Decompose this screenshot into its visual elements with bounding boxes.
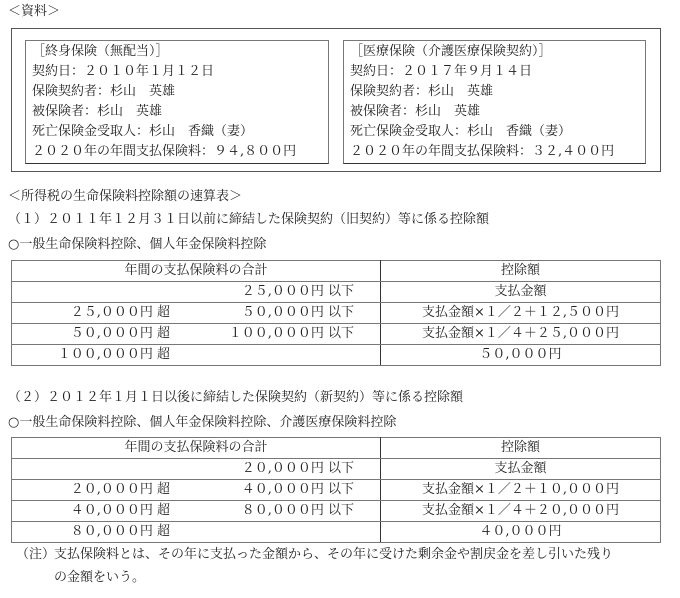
deduction-table-old-contracts: 年間の支払保険料の合計 控除額 ２５,０００円 以下 支払金額 ２５,０００円 … bbox=[11, 260, 661, 366]
table-row: ８０,０００円 超 ４０,０００円 bbox=[12, 522, 661, 543]
materials-heading: ＜資料＞ bbox=[8, 2, 60, 22]
range-lower: ２５,０００円 超 bbox=[71, 303, 170, 323]
deduction-value: ５０,０００円 bbox=[381, 345, 661, 366]
table-row: １００,０００円 超 ５０,０００円 bbox=[12, 345, 661, 366]
range-upper: ２５,０００円 以下 bbox=[242, 282, 354, 302]
policy-card-medical: ［医療保険（介護医療保険契約）］ 契約日：２０１７年９月１４日 保険契約者：杉山… bbox=[343, 40, 646, 164]
table-row: ４０,０００円 超 ８０,０００円 以下 支払金額×１／４＋２０,０００円 bbox=[12, 501, 661, 522]
range-lower: １００,０００円 超 bbox=[58, 345, 170, 365]
table-row: ２０,０００円 超 ４０,０００円 以下 支払金額×１／２＋１０,０００円 bbox=[12, 480, 661, 501]
deduction-value: 支払金額 bbox=[381, 459, 661, 480]
policy-beneficiary: 死亡保険金受取人：杉山 香織（妻） bbox=[350, 122, 571, 142]
policy-insured: 被保険者：杉山 英雄 bbox=[350, 102, 480, 122]
policy-annual-premium: ２０２０年の年間支払保険料：３２,４００円 bbox=[350, 142, 614, 162]
deduction-value: ４０,０００円 bbox=[381, 522, 661, 543]
range-upper: １００,０００円 以下 bbox=[229, 324, 354, 344]
section1-subtitle: ○一般生命保険料控除、個人年金保険料控除 bbox=[8, 235, 266, 255]
header-premium-total: 年間の支払保険料の合計 bbox=[12, 261, 381, 282]
range-upper: ５０,０００円 以下 bbox=[242, 303, 354, 323]
section2-subtitle: ○一般生命保険料控除、個人年金保険料控除、介護医療保険料控除 bbox=[8, 413, 396, 433]
policy-holder: 保険契約者：杉山 英雄 bbox=[350, 82, 493, 102]
table-header-row: 年間の支払保険料の合計 控除額 bbox=[12, 438, 661, 459]
policy-title: ［医療保険（介護医療保険契約）］ bbox=[350, 42, 552, 62]
table-row: ５０,０００円 超 １００,０００円 以下 支払金額×１／４＋２５,０００円 bbox=[12, 324, 661, 345]
note-text-line1: 支払保険料とは、その年に支払った金額から、その年に受けた剰余金や割戻金を差し引い… bbox=[54, 545, 613, 565]
section1-title: （１）２０１１年１２月３１日以前に締結した保険契約（旧契約）等に係る控除額 bbox=[8, 210, 489, 230]
deduction-value: 支払金額×１／４＋２０,０００円 bbox=[381, 501, 661, 522]
table-header-row: 年間の支払保険料の合計 控除額 bbox=[12, 261, 661, 282]
range-lower: ８０,０００円 超 bbox=[71, 522, 170, 542]
deduction-value: 支払金額 bbox=[381, 282, 661, 303]
policy-title: ［終身保険（無配当）］ bbox=[32, 42, 169, 62]
header-deduction: 控除額 bbox=[381, 261, 661, 282]
policy-holder: 保険契約者：杉山 英雄 bbox=[32, 82, 175, 102]
policy-insured: 被保険者：杉山 英雄 bbox=[32, 102, 162, 122]
policy-beneficiary: 死亡保険金受取人：杉山 香織（妻） bbox=[32, 122, 253, 142]
deduction-table-new-contracts: 年間の支払保険料の合計 控除額 ２０,０００円 以下 支払金額 ２０,０００円 … bbox=[11, 437, 661, 543]
range-upper: ２０,０００円 以下 bbox=[242, 459, 354, 479]
range-upper: ４０,０００円 以下 bbox=[242, 480, 354, 500]
header-premium-total: 年間の支払保険料の合計 bbox=[12, 438, 381, 459]
table-row: ２５,０００円 超 ５０,０００円 以下 支払金額×１／２＋１２,５００円 bbox=[12, 303, 661, 324]
section2-title: （２）２０１２年１月１日以後に締結した保険契約（新契約）等に係る控除額 bbox=[8, 388, 463, 408]
note-text-line2: の金額をいう。 bbox=[54, 568, 145, 588]
quick-table-heading: ＜所得税の生命保険料控除額の速算表＞ bbox=[8, 187, 242, 207]
policy-annual-premium: ２０２０年の年間支払保険料：９４,８００円 bbox=[32, 142, 296, 162]
table-row: ２０,０００円 以下 支払金額 bbox=[12, 459, 661, 480]
note-label: （注） bbox=[16, 545, 55, 565]
table-row: ２５,０００円 以下 支払金額 bbox=[12, 282, 661, 303]
range-lower: ２０,０００円 超 bbox=[71, 480, 170, 500]
range-upper: ８０,０００円 以下 bbox=[242, 501, 354, 521]
header-deduction: 控除額 bbox=[381, 438, 661, 459]
deduction-value: 支払金額×１／２＋１２,５００円 bbox=[381, 303, 661, 324]
policy-contract-date: 契約日：２０１０年１月１２日 bbox=[32, 62, 214, 82]
deduction-value: 支払金額×１／４＋２５,０００円 bbox=[381, 324, 661, 345]
policy-contract-date: 契約日：２０１７年９月１４日 bbox=[350, 62, 532, 82]
deduction-value: 支払金額×１／２＋１０,０００円 bbox=[381, 480, 661, 501]
policy-card-whole-life: ［終身保険（無配当）］ 契約日：２０１０年１月１２日 保険契約者：杉山 英雄 被… bbox=[25, 40, 329, 164]
range-lower: ４０,０００円 超 bbox=[71, 501, 170, 521]
range-lower: ５０,０００円 超 bbox=[71, 324, 170, 344]
